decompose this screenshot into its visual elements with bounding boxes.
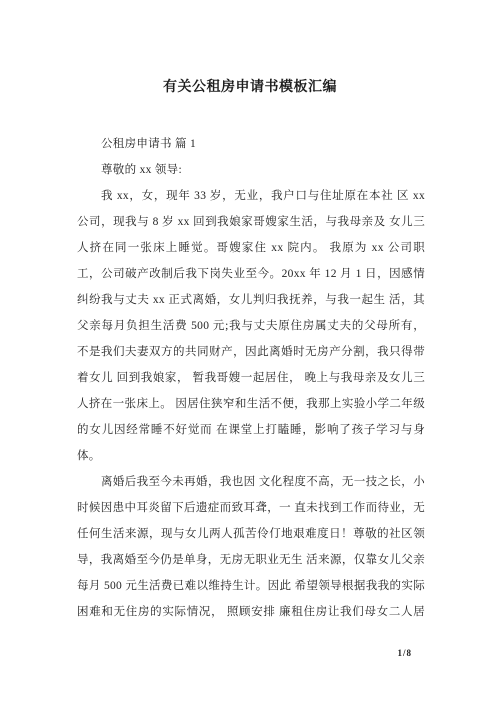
text-line: 纠纷我与丈夫 xx 正式离婚，女儿判归我抚养，与我一起生 活，其 bbox=[77, 287, 425, 313]
text-line: 人挤在同一张床上睡觉。哥嫂家住 xx 院内。 我原为 xx 公司职 bbox=[77, 235, 425, 261]
text-line: 着女儿 回到我娘家， 暂我哥嫂一起居住， 晚上与我母亲及女儿三 bbox=[77, 365, 425, 391]
text-line: 人挤在一张床上。 因居住狭窄和生活不便，我那上实验小学二年级 bbox=[77, 391, 425, 417]
text-line: 不是我们夫妻双方的共同财产，因此离婚时无房产分割，我只得带 bbox=[77, 339, 425, 365]
text-line: 每月 500 元生活费已难以维持生计。因此 希望领导根据我我的实际 bbox=[77, 573, 425, 599]
text-line: 时候因患中耳炎留下后遗症而致耳聋，一 直未找到工作而待业，无 bbox=[77, 495, 425, 521]
text-line: 尊敬的 xx 领导: bbox=[77, 157, 425, 183]
document-title: 有关公租房申请书模板汇编 bbox=[0, 76, 500, 96]
text-line: 工，公司破产改制后我下岗失业至今。20xx 年 12 月 1 日，因感情 bbox=[77, 261, 425, 287]
document-body: 公租房申请书 篇 1 尊敬的 xx 领导: 我 xx，女，现年 33 岁，无业，… bbox=[77, 131, 425, 625]
text-line: 公司，现我与 8 岁 xx 回到我娘家哥嫂家生活，与我母亲及 女儿三 bbox=[77, 209, 425, 235]
text-line: 困难和无住房的实际情况， 照顾安排 廉租住房让我们母女二人居 bbox=[77, 599, 425, 625]
page-number: 1/8 bbox=[397, 648, 412, 658]
text-line: 任何生活来源，现与女儿两人孤苦伶仃地艰难度日！尊敬的社区领 bbox=[77, 521, 425, 547]
document-page: 有关公租房申请书模板汇编 公租房申请书 篇 1 尊敬的 xx 领导: 我 xx，… bbox=[0, 0, 500, 707]
text-line: 导，我离婚至今仍是单身，无房无职业无生 活来源，仅靠女儿父亲 bbox=[77, 547, 425, 573]
text-line: 的女儿因经常睡不好觉而 在课堂上打瞌睡，影响了孩子学习与身 bbox=[77, 417, 425, 443]
text-line: 离婚后我至今未再婚，我也因 文化程度不高，无一技之长，小 bbox=[77, 469, 425, 495]
text-line: 父亲每月负担生活费 500 元;我与丈夫原住房属丈夫的父母所有， bbox=[77, 313, 425, 339]
text-line: 体。 bbox=[77, 443, 425, 469]
text-line: 我 xx，女，现年 33 岁，无业，我户口与住址原在本社 区 xx bbox=[77, 183, 425, 209]
text-line: 公租房申请书 篇 1 bbox=[77, 131, 425, 157]
